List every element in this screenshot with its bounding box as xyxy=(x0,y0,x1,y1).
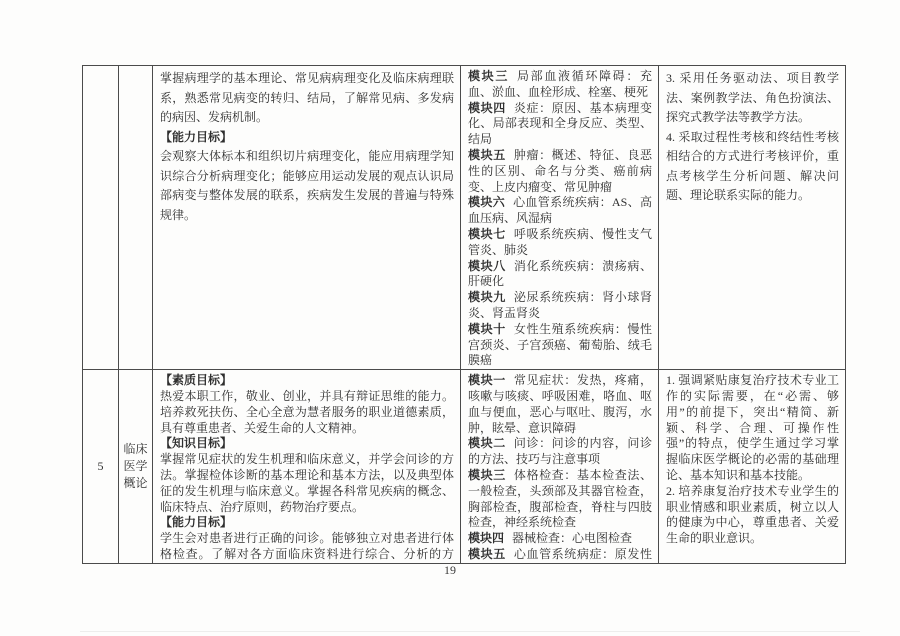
cell-seq-1 xyxy=(83,66,119,370)
module-label: 模块四 xyxy=(468,101,506,115)
clipped-content: 【素质目标】 热爱本职工作，敬业、创业，并具有辩证思维的能力。培养救死扶伤、全心… xyxy=(160,373,454,561)
method-paragraph: 3. 采用任务驱动法、项目教学法、案例教学法、角色扮演法、探究式教学法等教学方法… xyxy=(666,69,839,128)
cell-modules-1: 模块三局部血液循环障碍：充血、淤血、血栓形成、栓塞、梗死 模块四炎症：原因、基本… xyxy=(461,66,659,370)
module-item: 模块四器械检查：心电图检查 xyxy=(468,531,652,547)
module-item: 模块五心血管系统病症：原发性高 xyxy=(468,547,652,561)
objective-paragraph: 学生会对患者进行正确的问诊。能够独立对患者进行体格检查。了解对各方面临床资料进行… xyxy=(160,531,454,561)
cell-methods-2: 1. 强调紧贴康复治疗技术专业工作的实际需要，在“必需、够用”的前提下，突出“精… xyxy=(659,370,846,564)
module-label: 模块三 xyxy=(468,69,509,83)
module-label: 模块五 xyxy=(468,547,506,561)
cell-methods-1: 3. 采用任务驱动法、项目教学法、案例教学法、角色扮演法、探究式教学法等教学方法… xyxy=(659,66,846,370)
document-page: 掌握病理学的基本理论、常见病病理变化及临床病理联系，熟悉常见病变的转归、结局，了… xyxy=(0,0,900,636)
module-item: 模块七呼吸系统疾病、慢性支气管炎、肺炎 xyxy=(468,227,652,259)
objective-paragraph: 掌握病理学的基本理论、常见病病理变化及临床病理联系，熟悉常见病变的转归、结局，了… xyxy=(160,69,454,128)
objective-heading-knowledge: 【知识目标】 xyxy=(160,436,454,452)
module-item: 模块十女性生殖系统疾病：慢性宫颈炎、子宫颈癌、葡萄胎、绒毛膜癌 xyxy=(468,322,652,369)
module-item: 模块一常见症状：发热，疼痛，咳嗽与咳痰、呼吸困难，咯血、呕血与便血，恶心与呕吐、… xyxy=(468,373,652,436)
module-item: 模块五肿瘤：概述、特征、良恶性的区别、命名与分类、癌前病变、上皮内瘤变、常见肿瘤 xyxy=(468,148,652,195)
page-number: 19 xyxy=(0,563,900,578)
table-row-clinical-medicine: 5 临床医学概论 【素质目标】 热爱本职工作，敬业、创业，并具有辩证思维的能力。… xyxy=(83,370,846,564)
cell-course-2: 临床医学概论 xyxy=(119,370,153,564)
module-label: 模块十 xyxy=(468,322,506,336)
module-item: 模块四炎症：原因、基本病理变化、局部表现和全身反应、类型、结局 xyxy=(468,101,652,148)
module-label: 模块一 xyxy=(468,373,506,387)
module-item: 模块三体格检查：基本检查法、一般检查，头颈部及其器官检查，胸部检查，腹部检查，脊… xyxy=(468,468,652,531)
table-row-pathology: 掌握病理学的基本理论、常见病病理变化及临床病理联系，熟悉常见病变的转归、结局，了… xyxy=(83,66,846,370)
method-paragraph: 4. 采取过程性考核和终结性考核相结合的方式进行考核评价，重点考核学生分析问题、… xyxy=(666,128,839,206)
objective-heading-ability: 【能力目标】 xyxy=(160,515,454,531)
clipped-content: 1. 强调紧贴康复治疗技术专业工作的实际需要，在“必需、够用”的前提下，突出“精… xyxy=(666,373,839,561)
page-edge-divider xyxy=(80,631,860,632)
method-paragraph: 2. 培养康复治疗技术专业学生的职业情感和职业素质，树立以人的健康为中心，尊重患… xyxy=(666,484,839,547)
module-item: 模块二问诊：问诊的内容，问诊的方法、技巧与注意事项 xyxy=(468,436,652,468)
objective-heading-ability: 【能力目标】 xyxy=(160,128,454,148)
module-item: 模块三局部血液循环障碍：充血、淤血、血栓形成、栓塞、梗死 xyxy=(468,69,652,101)
module-label: 模块九 xyxy=(468,290,506,304)
method-paragraph: 1. 强调紧贴康复治疗技术专业工作的实际需要，在“必需、够用”的前提下，突出“精… xyxy=(666,373,839,484)
cell-course-1 xyxy=(119,66,153,370)
module-desc: 器械检查：心电图检查 xyxy=(512,531,632,545)
objective-paragraph: 热爱本职工作，敬业、创业，并具有辩证思维的能力。培养救死扶伤、全心全意为慧者服务… xyxy=(160,389,454,436)
module-item: 模块八消化系统疾病：溃疡病、肝硬化 xyxy=(468,259,652,291)
module-label: 模块二 xyxy=(468,436,506,450)
objective-paragraph: 会观察大体标本和组织切片病理变化，能应用病理学知识综合分析病理变化；能够应用运动… xyxy=(160,147,454,225)
module-label: 模块六 xyxy=(468,195,505,209)
cell-objectives-1: 掌握病理学的基本理论、常见病病理变化及临床病理联系，熟悉常见病变的转归、结局，了… xyxy=(153,66,461,370)
cell-seq-2: 5 xyxy=(83,370,119,564)
curriculum-table: 掌握病理学的基本理论、常见病病理变化及临床病理联系，熟悉常见病变的转归、结局，了… xyxy=(82,65,846,564)
clipped-content: 模块一常见症状：发热，疼痛，咳嗽与咳痰、呼吸困难，咯血、呕血与便血，恶心与呕吐、… xyxy=(468,373,652,561)
cell-objectives-2: 【素质目标】 热爱本职工作，敬业、创业，并具有辩证思维的能力。培养救死扶伤、全心… xyxy=(153,370,461,564)
objective-heading-quality: 【素质目标】 xyxy=(160,373,454,389)
module-item: 模块九泌尿系统疾病：肾小球肾炎、肾盂肾炎 xyxy=(468,290,652,322)
module-label: 模块五 xyxy=(468,148,506,162)
module-label: 模块七 xyxy=(468,227,506,241)
module-item: 模块六心血管系统疾病：AS、高血压病、风湿病 xyxy=(468,195,652,227)
module-label: 模块四 xyxy=(468,531,504,545)
objective-paragraph: 掌握常见症状的发生机理和临床意义，并学会问诊的方法。掌握检体诊断的基本理论和基本… xyxy=(160,452,454,515)
module-label: 模块三 xyxy=(468,468,506,482)
module-label: 模块八 xyxy=(468,259,506,273)
cell-modules-2: 模块一常见症状：发热，疼痛，咳嗽与咳痰、呼吸困难，咯血、呕血与便血，恶心与呕吐、… xyxy=(461,370,659,564)
